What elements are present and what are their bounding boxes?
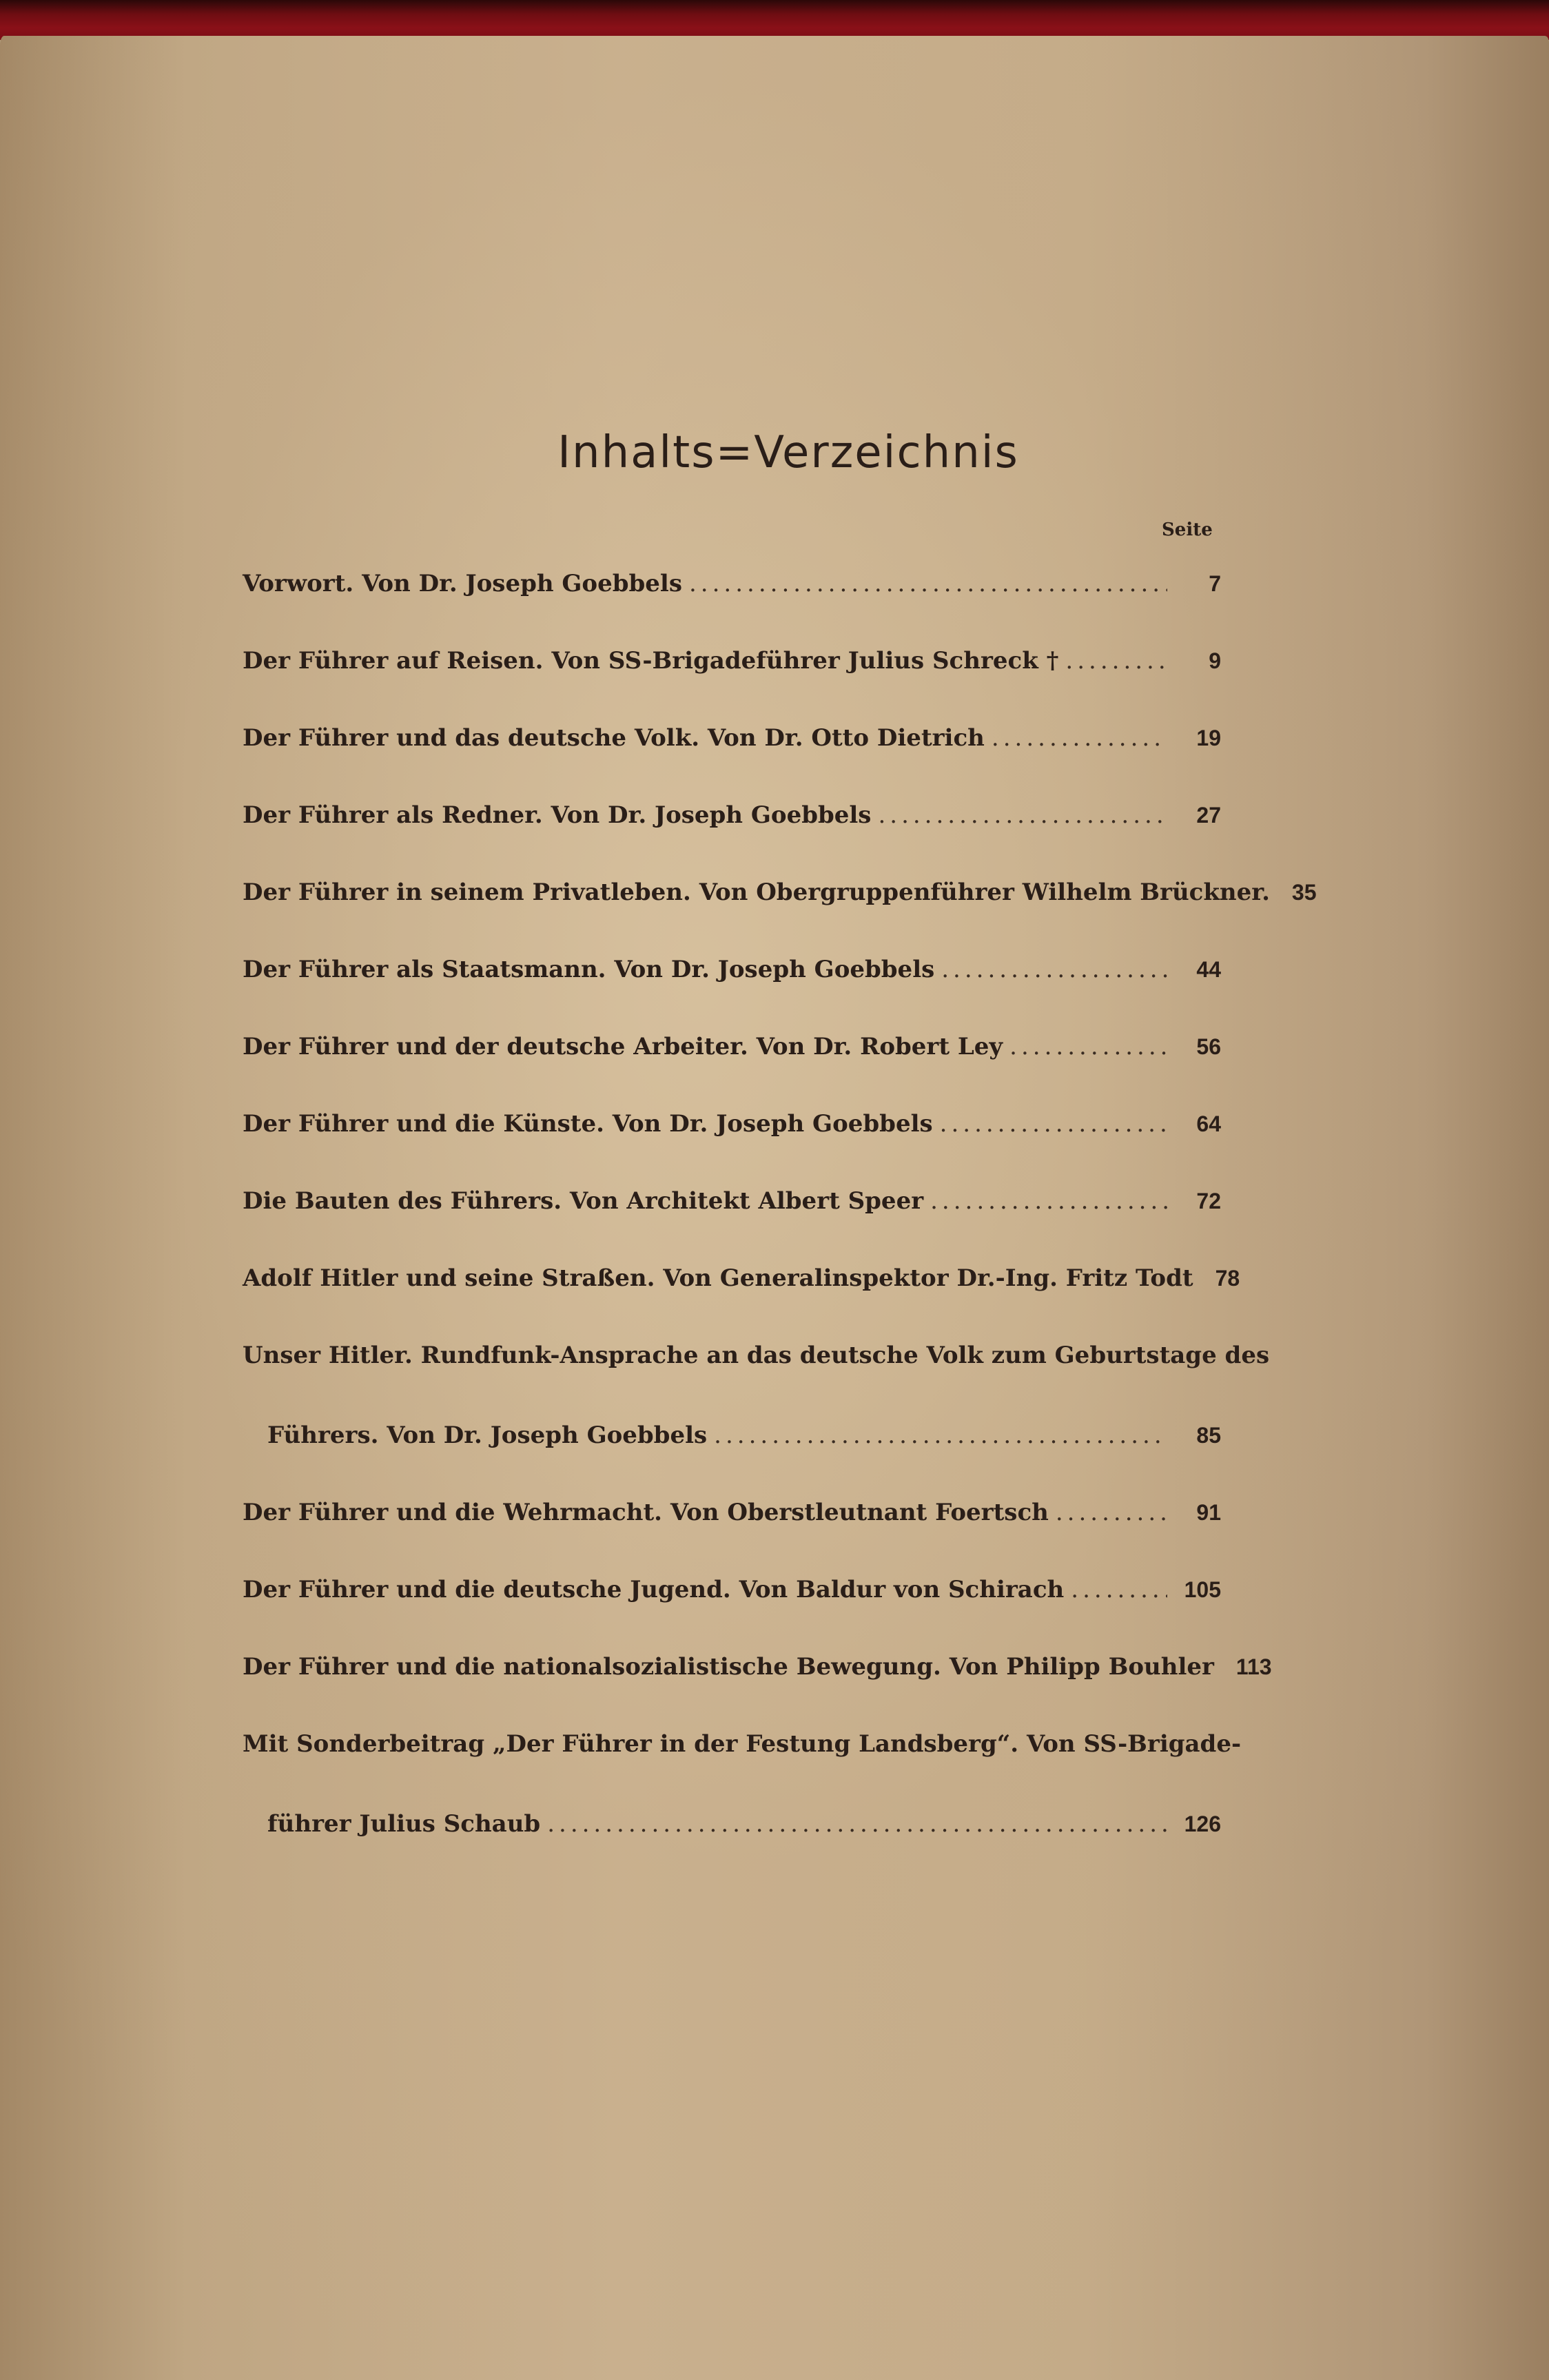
toc-entry-text-line1: Mit Sonderbeitrag „Der Führer in der Fes… [243, 1730, 1241, 1758]
dot-leader [1056, 1499, 1167, 1526]
page-column-label: Seite [1162, 520, 1213, 540]
dot-leader [992, 724, 1167, 752]
toc-entry-text: Der Führer als Redner. Von Dr. Joseph Go… [243, 801, 871, 829]
toc-entry-text: Vorwort. Von Dr. Joseph Goebbels [243, 570, 682, 597]
toc-entry: Der Führer auf Reisen. Von SS-Brigadefüh… [243, 647, 1221, 724]
toc-entry: Unser Hitler. Rundfunk-Ansprache an das … [243, 1342, 1221, 1499]
toc-page-number: 64 [1182, 1111, 1221, 1137]
toc-entry-text: Der Führer und der deutsche Arbeiter. Vo… [243, 1033, 1003, 1060]
toc-page-number: 126 [1182, 1812, 1221, 1837]
toc-entry-text: Der Führer und die nationalsozialistisch… [243, 1653, 1214, 1681]
dot-leader [714, 1422, 1167, 1449]
toc-entry: Der Führer und die deutsche Jugend. Von … [243, 1576, 1221, 1653]
toc-entry-text-line2: führer Julius Schaub [267, 1810, 540, 1838]
toc-entry: Vorwort. Von Dr. Joseph Goebbels 7 [243, 570, 1221, 647]
page-title: Inhalts=Verzeichnis [0, 427, 1549, 478]
toc-page-number: 85 [1182, 1423, 1221, 1448]
toc-page-number: 72 [1182, 1189, 1221, 1214]
toc-entry: Der Führer als Redner. Von Dr. Joseph Go… [243, 801, 1221, 879]
toc-page-number: 35 [1292, 880, 1317, 905]
toc-page-number: 91 [1182, 1500, 1221, 1526]
toc-page-number: 9 [1182, 648, 1221, 674]
toc-entry: Der Führer und das deutsche Volk. Von Dr… [243, 724, 1221, 801]
toc-page-number: 27 [1182, 803, 1221, 828]
dot-leader [1071, 1576, 1167, 1603]
toc-entry-text: Der Führer und die Wehrmacht. Von Oberst… [243, 1499, 1049, 1526]
toc-entry-text: Der Führer und die deutsche Jugend. Von … [243, 1576, 1064, 1603]
toc-page-number: 105 [1182, 1577, 1221, 1603]
toc-entry: Der Führer und die Wehrmacht. Von Oberst… [243, 1499, 1221, 1576]
dot-leader [941, 956, 1167, 983]
dot-leader [547, 1810, 1167, 1838]
toc-entry: Die Bauten des Führers. Von Architekt Al… [243, 1187, 1221, 1264]
dot-leader [1065, 647, 1167, 675]
toc-page-number: 44 [1182, 957, 1221, 983]
dot-leader [1009, 1033, 1167, 1060]
dot-leader [940, 1110, 1167, 1138]
toc-entry: Der Führer und die Künste. Von Dr. Josep… [243, 1110, 1221, 1187]
toc-entry: Der Führer als Staatsmann. Von Dr. Josep… [243, 956, 1221, 1033]
toc-entry-text-line1: Unser Hitler. Rundfunk-Ansprache an das … [243, 1342, 1269, 1369]
book-page: Inhalts=Verzeichnis Seite Vorwort. Von D… [0, 36, 1549, 2380]
toc-entry: Mit Sonderbeitrag „Der Führer in der Fes… [243, 1730, 1221, 1887]
dot-leader [930, 1187, 1167, 1215]
table-of-contents: Vorwort. Von Dr. Joseph Goebbels 7 Der F… [243, 570, 1221, 1887]
toc-entry-text: Der Führer und das deutsche Volk. Von Dr… [243, 724, 985, 752]
toc-entry-text: Die Bauten des Führers. Von Architekt Al… [243, 1187, 923, 1215]
toc-page-number: 78 [1215, 1266, 1240, 1291]
toc-entry: Adolf Hitler und seine Straßen. Von Gene… [243, 1264, 1221, 1342]
dot-leader [878, 801, 1167, 829]
toc-page-number: 19 [1182, 726, 1221, 751]
toc-page-number: 7 [1182, 571, 1221, 597]
toc-entry: Der Führer in seinem Privatleben. Von Ob… [243, 879, 1221, 956]
toc-page-number: 56 [1182, 1034, 1221, 1060]
toc-page-number: 113 [1236, 1654, 1272, 1680]
toc-entry: Der Führer und der deutsche Arbeiter. Vo… [243, 1033, 1221, 1110]
dot-leader [689, 570, 1167, 597]
toc-entry-text: Der Führer auf Reisen. Von SS-Brigadefüh… [243, 647, 1058, 675]
book-cover-edge [0, 0, 1549, 40]
toc-entry-text: Der Führer in seinem Privatleben. Von Ob… [243, 879, 1270, 906]
toc-entry-text: Adolf Hitler und seine Straßen. Von Gene… [243, 1264, 1193, 1292]
toc-entry-text: Der Führer als Staatsmann. Von Dr. Josep… [243, 956, 934, 983]
toc-entry: Der Führer und die nationalsozialistisch… [243, 1653, 1221, 1730]
toc-entry-text-line2: Führers. Von Dr. Joseph Goebbels [267, 1422, 707, 1449]
toc-entry-text: Der Führer und die Künste. Von Dr. Josep… [243, 1110, 933, 1138]
